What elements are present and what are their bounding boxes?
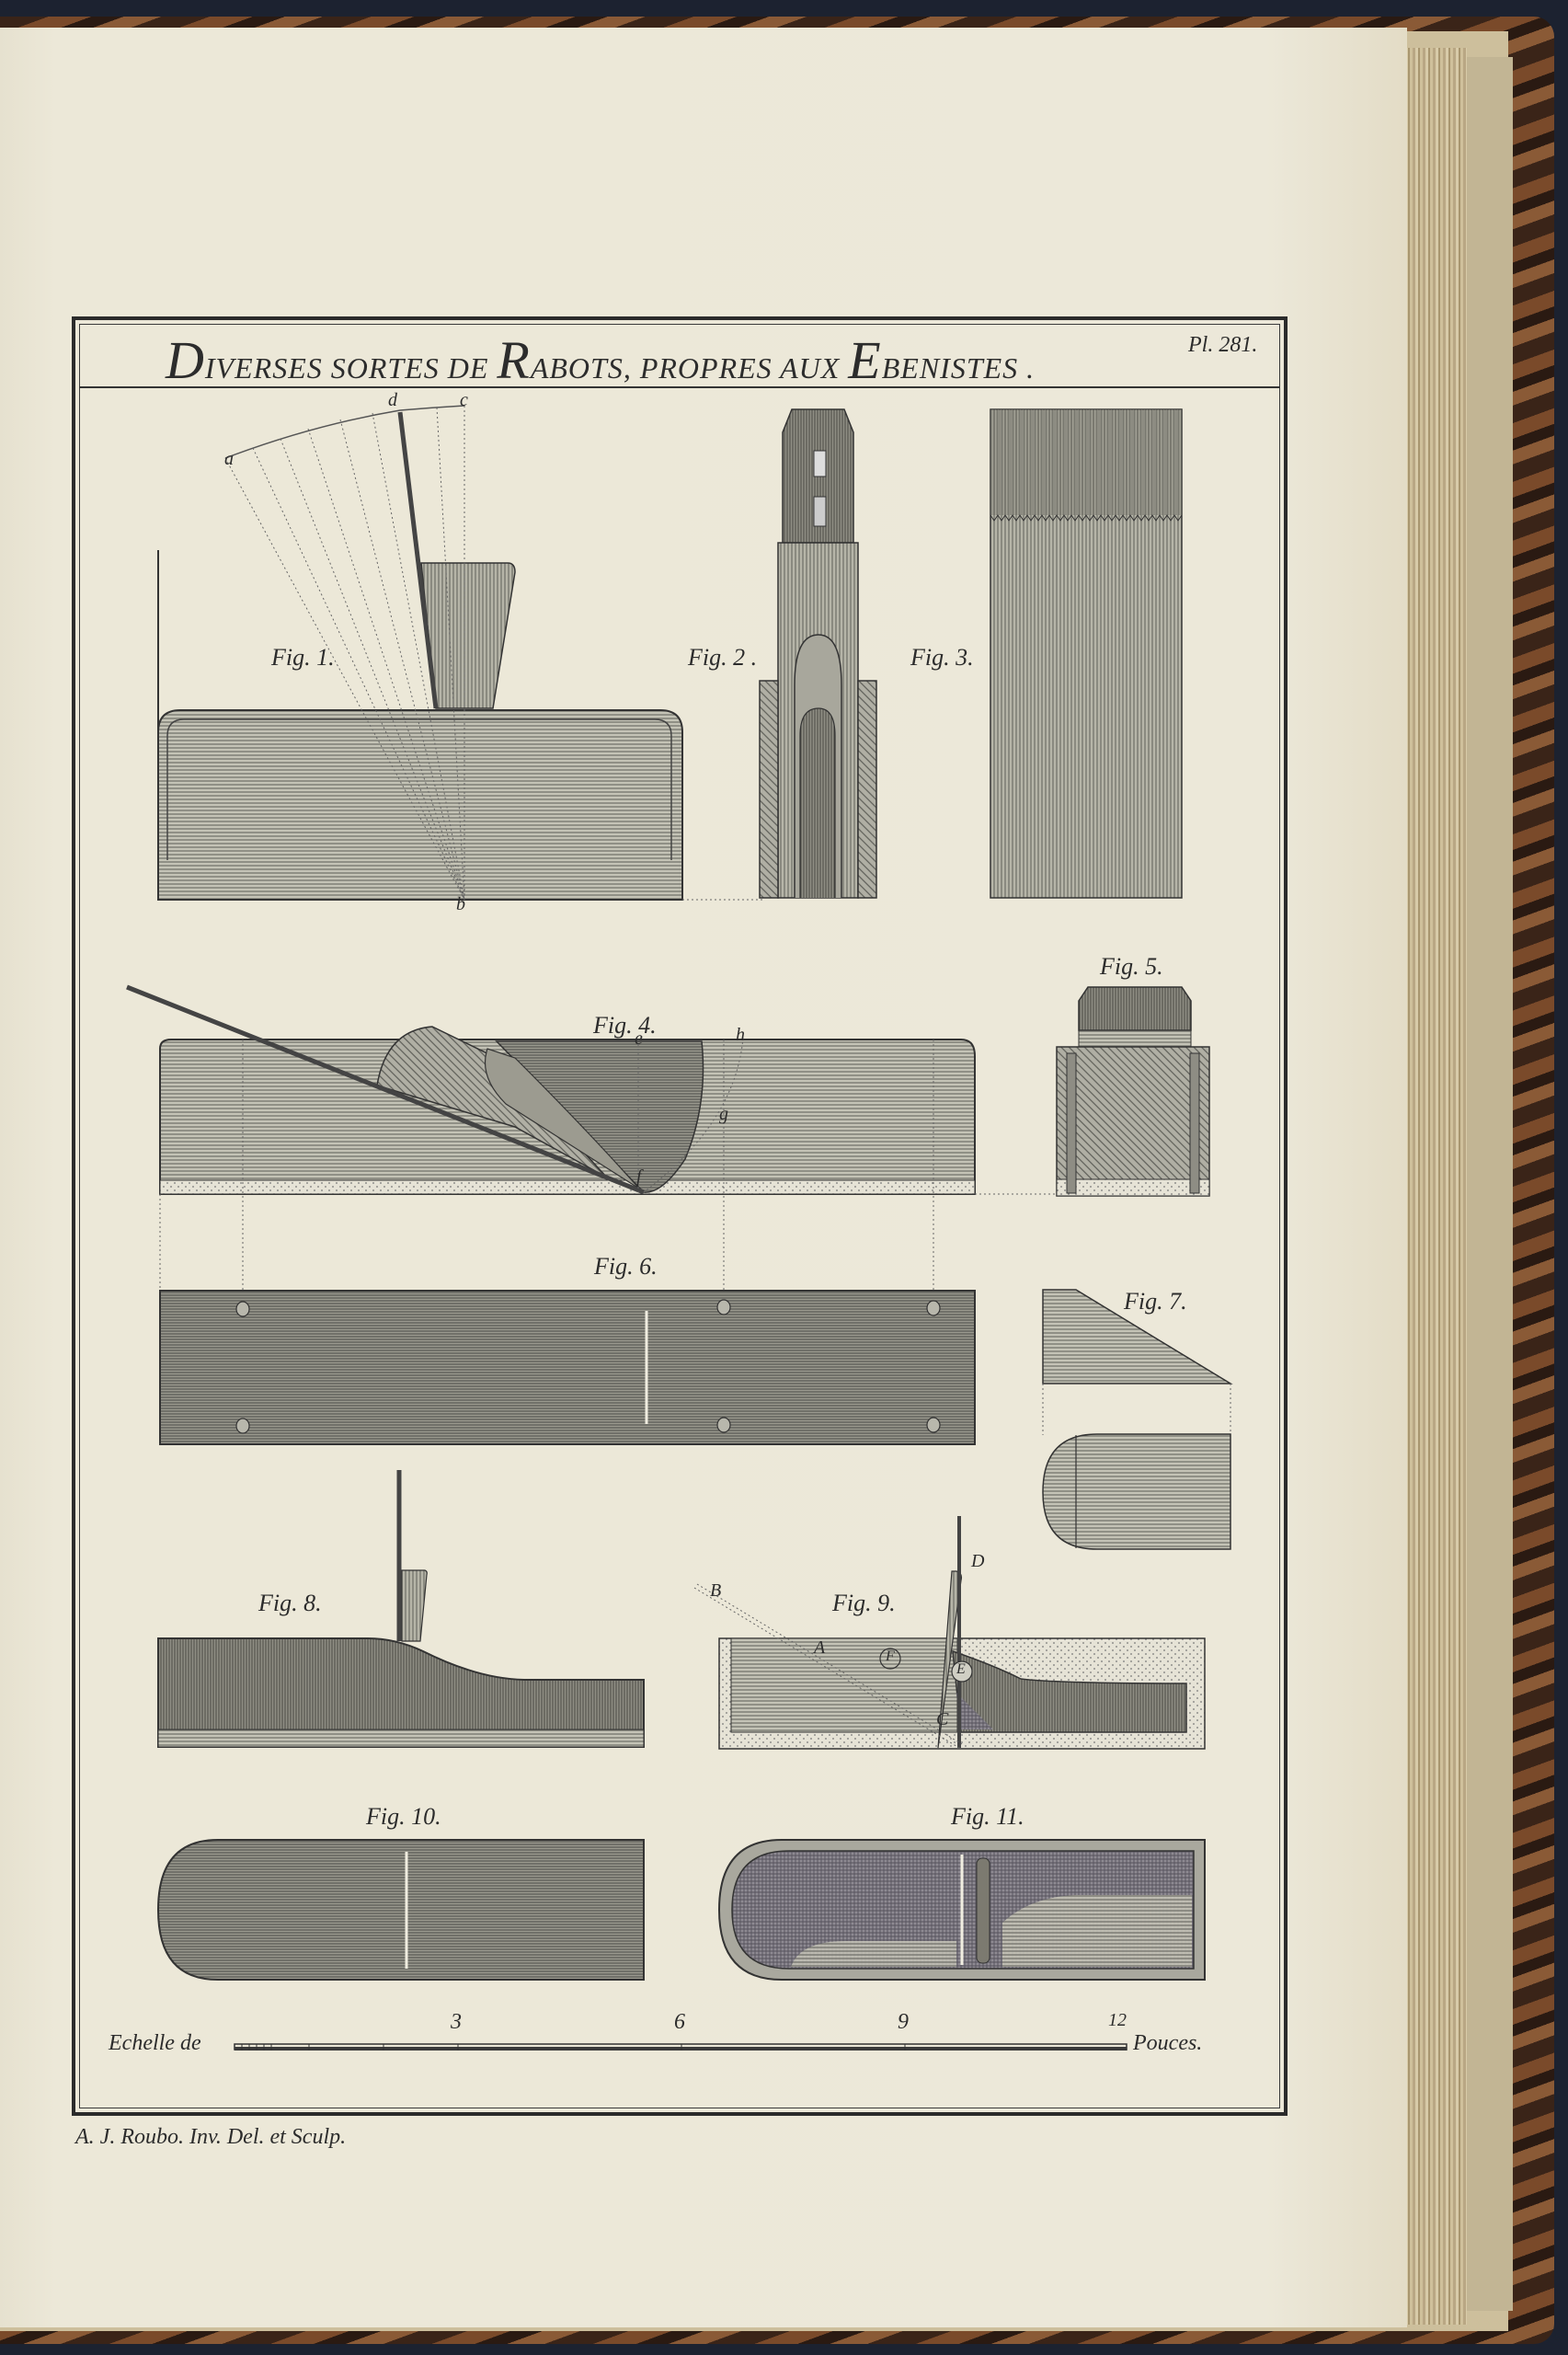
fig7-drawing (1043, 1290, 1230, 1549)
fig11-drawing (719, 1840, 1205, 1980)
fig4-point-f: f (636, 1166, 642, 1188)
fig2-label: Fig. 2 . (688, 644, 757, 672)
fig6-drawing (160, 1291, 975, 1444)
scale-prefix: Echelle de (109, 2031, 201, 2056)
scale-bar (235, 2044, 1127, 2051)
fig1-point-d: d (388, 390, 397, 411)
fig1-point-c: c (460, 390, 468, 411)
scale-tick-6: 6 (674, 2010, 685, 2035)
engraver-credit: A. J. Roubo. Inv. Del. et Sculp. (75, 2125, 346, 2150)
fig2-drawing (760, 409, 876, 898)
fig1-point-a: a (224, 449, 234, 470)
fig9-point-B: B (710, 1580, 721, 1602)
fig4-point-h: h (736, 1025, 745, 1046)
fig5-drawing (1057, 987, 1209, 1196)
fig6-label: Fig. 6. (594, 1253, 658, 1281)
fig9-point-F: F (886, 1648, 895, 1665)
fig9-point-D: D (971, 1551, 984, 1572)
fig3-drawing (990, 409, 1182, 898)
fig4-label: Fig. 4. (593, 1012, 657, 1040)
fig1-drawing (158, 406, 763, 900)
fig9-point-E: E (956, 1661, 966, 1678)
fig9-point-C: C (936, 1709, 948, 1730)
fig11-label: Fig. 11. (951, 1803, 1024, 1831)
fig7-label: Fig. 7. (1124, 1288, 1187, 1315)
fig9-drawing (694, 1516, 1205, 1749)
scale-tick-3: 3 (451, 2010, 462, 2035)
fig3-label: Fig. 3. (910, 644, 974, 672)
fig1-point-b: b (456, 894, 465, 915)
scale-tick-12: 12 (1108, 2010, 1127, 2031)
fig8-label: Fig. 8. (258, 1590, 322, 1617)
fig4-point-g: g (719, 1104, 728, 1125)
fig10-label: Fig. 10. (366, 1803, 441, 1831)
fig9-label: Fig. 9. (832, 1590, 896, 1617)
scale-unit: Pouces. (1133, 2031, 1202, 2056)
fig5-label: Fig. 5. (1100, 953, 1163, 981)
fig10-drawing (158, 1840, 644, 1980)
fig8-drawing (158, 1470, 644, 1747)
scale-tick-9: 9 (898, 2010, 909, 2035)
engraving-drawings (0, 0, 1568, 2355)
fig4-drawing (127, 987, 1056, 1292)
fig9-point-A: A (814, 1637, 825, 1659)
fig4-point-e: e (635, 1028, 643, 1050)
fig1-label: Fig. 1. (271, 644, 335, 672)
